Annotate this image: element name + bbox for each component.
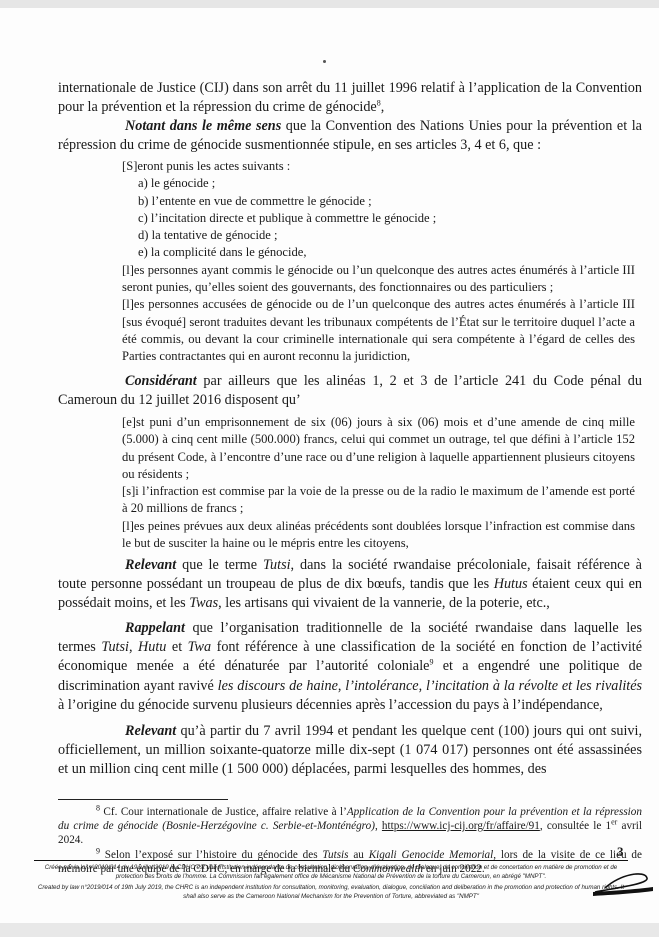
quote-list-item: b) l’entente en vue de commettre le géno… <box>122 193 635 210</box>
paragraph-rappelant: Rappelant que l’organisation traditionne… <box>58 619 642 715</box>
handwritten-signature-mark <box>575 870 655 900</box>
lead-phrase: Rappelant <box>125 620 185 636</box>
text-run: , les artisans qui vivaient de la vanner… <box>218 595 550 611</box>
italic-term: Kigali Genocide Memorial <box>369 849 494 861</box>
text-run: Selon l’exposé sur l’histoire du génocid… <box>100 849 322 861</box>
italic-term: Hutus <box>494 576 528 592</box>
italic-term: l’incitation à la révolte et les rivalit… <box>426 678 642 694</box>
italic-term: Tutsi <box>263 557 291 573</box>
text-run: , <box>375 820 382 832</box>
footer-separator <box>34 860 628 861</box>
footnote-separator <box>58 799 228 800</box>
page-number: 3 <box>617 844 624 860</box>
lead-phrase: Considérant <box>125 373 197 389</box>
lead-phrase: Relevant <box>125 557 176 573</box>
italic-term: Tutsis <box>322 849 348 861</box>
footer-english: Created by law n°2019/014 of 19th July 2… <box>34 884 628 901</box>
block-quote-convention: [S]eront punis les actes suivants : a) l… <box>122 158 635 366</box>
italic-term: Hutu <box>138 639 166 655</box>
italic-term: Tutsi <box>101 639 129 655</box>
quote-paragraph: [l]es personnes ayant commis le génocide… <box>122 262 635 297</box>
italic-term: Twa <box>188 639 211 655</box>
quote-list-item: d) la tentative de génocide ; <box>122 227 635 244</box>
quote-paragraph: [l]es personnes accusées de génocide ou … <box>122 296 635 365</box>
scan-speck <box>323 60 326 63</box>
text-run: que le terme <box>176 557 263 573</box>
institutional-footer: Créée par la loi n°2019/014 du 19 juille… <box>34 864 628 904</box>
paragraph-considerant: Considérant par ailleurs que les alinéas… <box>58 372 642 410</box>
text-run: au <box>349 849 369 861</box>
document-page: internationale de Justice (CIJ) dans son… <box>0 8 659 923</box>
paragraph-notant: Notant dans le même sens que la Conventi… <box>58 117 642 155</box>
footnote-8: 8 Cf. Cour internationale de Justice, af… <box>58 805 642 848</box>
text-run: à l’origine du génocide survenu plusieur… <box>58 697 603 713</box>
paragraph-relevant-1994: Relevant qu’à partir du 7 avril 1994 et … <box>58 722 642 780</box>
quote-paragraph: [s]i l’infraction est commise par la voi… <box>122 483 635 518</box>
quote-paragraph: [l]es peines prévues aux deux alinéas pr… <box>122 518 635 553</box>
footer-french: Créée par la loi n°2019/014 du 19 juille… <box>34 864 628 881</box>
text-run: , consultée le 1 <box>540 820 611 832</box>
quote-list-item: a) le génocide ; <box>122 175 635 192</box>
italic-term: Twas <box>189 595 218 611</box>
quote-paragraph: [e]st puni d’un emprisonnement de six (0… <box>122 414 635 483</box>
lead-phrase: Relevant <box>125 723 176 739</box>
text-run: et <box>166 639 187 655</box>
italic-term: les discours de haine <box>218 678 338 694</box>
text-run: , <box>129 639 138 655</box>
quote-list-item: e) la complicité dans le génocide, <box>122 244 635 261</box>
text-run: Cf. Cour internationale de Justice, affa… <box>100 806 347 818</box>
italic-term: l’intolérance <box>345 678 418 694</box>
paragraph-continuation: internationale de Justice (CIJ) dans son… <box>58 79 642 117</box>
viewer-top-margin <box>0 0 659 8</box>
quote-intro: [S]eront punis les actes suivants : <box>122 158 635 175</box>
lead-phrase: Notant dans le même sens <box>125 118 281 134</box>
viewer-bottom-margin <box>0 923 659 937</box>
text-run: , <box>419 678 426 694</box>
punctuation: , <box>381 99 385 115</box>
paragraph-relevant-tutsi: Relevant que le terme Tutsi, dans la soc… <box>58 556 642 614</box>
block-quote-code-penal: [e]st puni d’un emprisonnement de six (0… <box>122 414 635 552</box>
paragraph-text: internationale de Justice (CIJ) dans son… <box>58 80 642 115</box>
icj-link[interactable]: https://www.icj-cij.org/fr/affaire/91 <box>382 820 540 832</box>
quote-list-item: c) l’incitation directe et publique à co… <box>122 210 635 227</box>
